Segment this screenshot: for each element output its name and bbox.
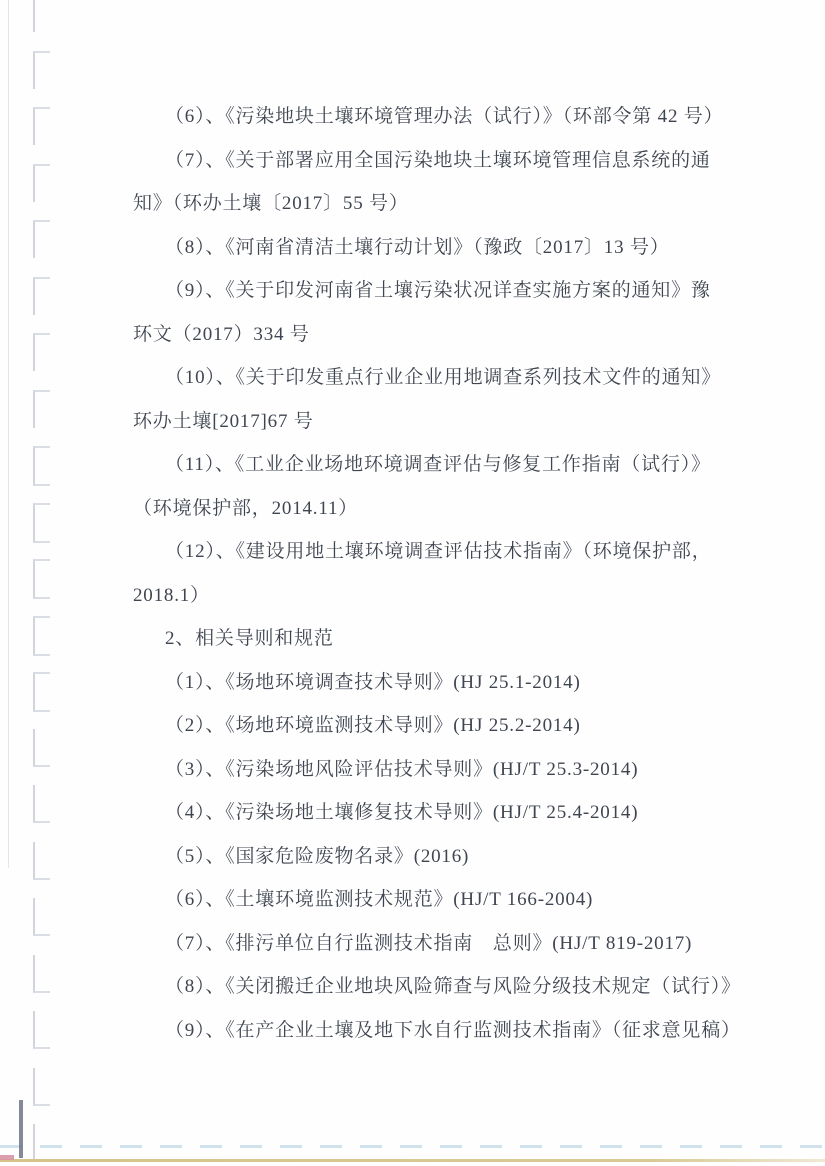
paragraph: （1）、《场地环境调查技术导则》(HJ 25.1-2014) (133, 661, 781, 705)
binding-hole-mark (33, 446, 50, 486)
paragraph: （8）、《关闭搬迁企业地块风险筛查与风险分级技术规定（试行）》 (133, 965, 781, 1009)
paragraph: （10）、《关于印发重点行业企业用地调查系列技术文件的通知》 环办土壤[2017… (133, 356, 781, 443)
binding-hole-mark (33, 898, 50, 936)
paragraph: （2）、《场地环境监测技术导则》(HJ 25.2-2014) (133, 704, 781, 748)
paragraph: 2、相关导则和规范 (133, 617, 781, 661)
binding-hole-mark (33, 164, 50, 202)
scanned-page: （6）、《污染地块土壤环境管理办法（试行）》（环部令第 42 号）（7）、《关于… (0, 0, 825, 1166)
binding-hole-mark (33, 107, 50, 145)
binding-hole-mark (33, 955, 50, 993)
paragraph: （11）、《工业企业场地环境调查评估与修复工作指南（试行）》 （环境保护部，20… (133, 443, 781, 530)
paragraph: （12）、《建设用地土壤环境调查评估技术指南》（环境保护部， 2018.1） (133, 530, 781, 617)
paragraph: （9）、《关于印发河南省土壤污染状况详查实施方案的通知》豫 环文（2017）33… (133, 269, 781, 356)
binding-hole-mark (33, 51, 50, 89)
binding-hole-mark (33, 0, 50, 32)
binding-hole-mark (33, 220, 50, 258)
paragraph: （9）、《在产企业土壤及地下水自行监测技术指南》（征求意见稿） (133, 1009, 781, 1053)
paragraph: （6）、《污染地块土壤环境管理办法（试行）》（环部令第 42 号） (133, 95, 781, 139)
paragraph: （7）、《排污单位自行监测技术指南 总则》(HJ/T 819-2017) (133, 922, 781, 966)
paragraph: （6）、《土壤环境监测技术规范》(HJ/T 166-2004) (133, 878, 781, 922)
binding-hole-mark (33, 390, 50, 428)
scan-artifact-dashed-line (0, 1145, 825, 1148)
binding-hole-mark (33, 559, 50, 599)
binding-hole-mark (33, 729, 50, 767)
paragraph: （3）、《污染场地风险评估技术导则》(HJ/T 25.3-2014) (133, 748, 781, 792)
binding-hole-mark (33, 616, 50, 656)
document-body: （6）、《污染地块土壤环境管理办法（试行）》（环部令第 42 号）（7）、《关于… (133, 95, 781, 1052)
scan-artifact-pink-mark (0, 1155, 14, 1160)
binding-hole-mark (33, 785, 50, 823)
scan-artifact-tan-line (0, 1159, 825, 1162)
scan-artifact-streak (19, 1100, 23, 1158)
binding-hole-mark (33, 1068, 50, 1106)
binding-hole-mark (33, 672, 50, 712)
paragraph: （8）、《河南省清洁土壤行动计划》（豫政〔2017〕13 号） (133, 226, 781, 270)
binding-hole-mark (33, 333, 50, 371)
binding-holes (0, 0, 60, 1166)
binding-hole-mark (33, 842, 50, 880)
scan-edge-line (8, 0, 9, 868)
paragraph: （4）、《污染场地土壤修复技术导则》(HJ/T 25.4-2014) (133, 791, 781, 835)
paragraph: （5）、《国家危险废物名录》(2016) (133, 835, 781, 879)
binding-hole-mark (33, 503, 50, 543)
binding-hole-mark (33, 1011, 50, 1049)
paragraph: （7）、《关于部署应用全国污染地块土壤环境管理信息系统的通 知》（环办土壤〔20… (133, 139, 781, 226)
binding-hole-mark (33, 1124, 50, 1162)
binding-hole-mark (33, 277, 50, 315)
